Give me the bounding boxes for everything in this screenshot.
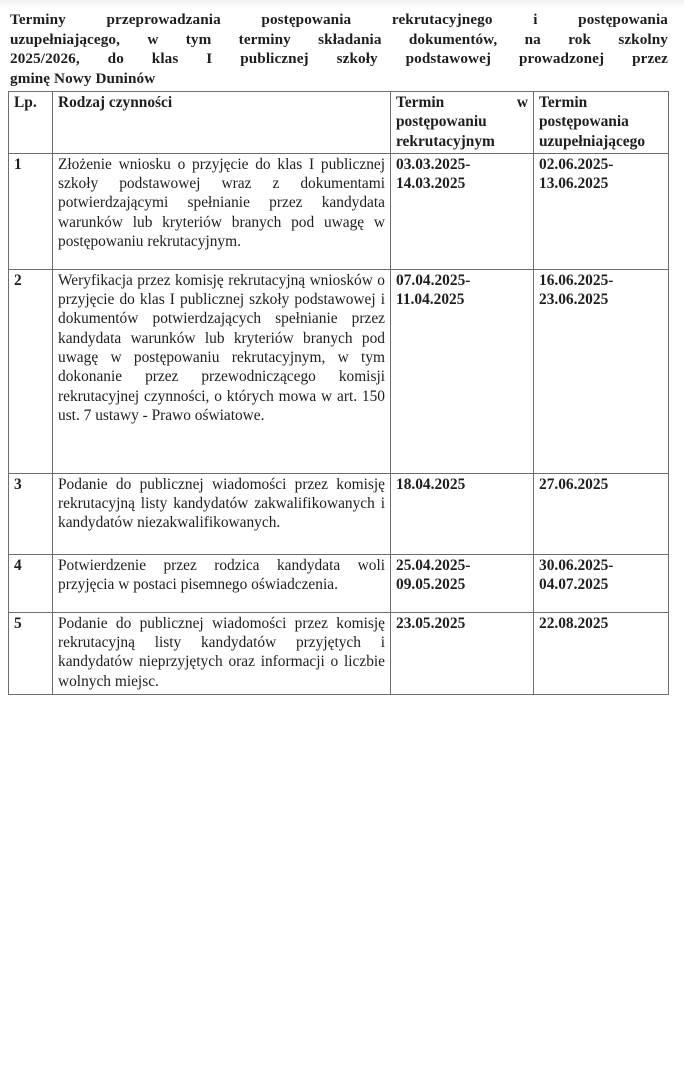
row-number: 3 [9,473,53,554]
header-lp: Lp. [9,92,53,154]
date-from: 03.03.2025- [396,155,528,174]
header-text: w [517,93,528,112]
header-text: postępowaniu [396,112,528,131]
date-to: 14.03.2025 [396,174,528,193]
date-from: 07.04.2025- [396,271,528,290]
document-title: Terminy przeprowadzania postępowania rek… [10,10,668,88]
supplementary-term: 22.08.2025 [534,612,669,694]
supplementary-term: 02.06.2025-13.06.2025 [534,153,669,269]
table-row: 1 Złożenie wniosku o przyjęcie do klas I… [9,153,669,269]
supplementary-term: 27.06.2025 [534,473,669,554]
recruitment-term: 18.04.2025 [391,473,534,554]
recruitment-term: 23.05.2025 [391,612,534,694]
date-to: 11.04.2025 [396,290,528,309]
table-row: 5 Podanie do publicznej wiadomości przez… [9,612,669,694]
row-number: 1 [9,153,53,269]
row-number: 5 [9,612,53,694]
date-from: 23.05.2025 [396,614,528,633]
table-header-row: Lp. Rodzaj czynności Terminw postępowani… [9,92,669,154]
header-text: Termin [396,93,444,112]
table-row: 4 Potwierdzenie przez rodzica kandydata … [9,554,669,612]
date-from: 18.04.2025 [396,475,528,494]
date-to: 09.05.2025 [396,575,528,594]
header-text: Termin [539,93,663,112]
activity-description: Podanie do publicznej wiadomości przez k… [53,612,391,694]
date-to: 04.07.2025 [539,575,663,594]
date-from: 02.06.2025- [539,155,663,174]
activity-description: Weryfikacja przez komisję rekrutacyjną w… [53,269,391,473]
recruitment-term: 07.04.2025-11.04.2025 [391,269,534,473]
title-line: 2025/2026, do klas I publicznej szkoły p… [10,49,668,69]
schedule-table: Lp. Rodzaj czynności Terminw postępowani… [8,91,669,695]
row-number: 4 [9,554,53,612]
supplementary-term: 30.06.2025-04.07.2025 [534,554,669,612]
header-recruitment-term: Terminw postępowaniu rekrutacyjnym [391,92,534,154]
title-line: Terminy przeprowadzania postępowania rek… [10,10,668,30]
recruitment-term: 03.03.2025-14.03.2025 [391,153,534,269]
recruitment-term: 25.04.2025-09.05.2025 [391,554,534,612]
header-text: rekrutacyjnym [396,132,528,151]
title-line: uzupełniającego, w tym terminy składania… [10,30,668,50]
header-text: uzupełniającego [539,132,663,151]
date-from: 25.04.2025- [396,556,528,575]
title-line: gminę Nowy Duninów [10,69,668,89]
date-to: 13.06.2025 [539,174,663,193]
header-text: postępowania [539,112,663,131]
activity-description: Złożenie wniosku o przyjęcie do klas I p… [53,153,391,269]
table-row: 3 Podanie do publicznej wiadomości przez… [9,473,669,554]
date-from: 22.08.2025 [539,614,663,633]
date-to: 23.06.2025 [539,290,663,309]
activity-description: Potwierdzenie przez rodzica kandydata wo… [53,554,391,612]
activity-description: Podanie do publicznej wiadomości przez k… [53,473,391,554]
table-row: 2 Weryfikacja przez komisję rekrutacyjną… [9,269,669,473]
header-supplementary-term: Termin postępowania uzupełniającego [534,92,669,154]
supplementary-term: 16.06.2025-23.06.2025 [534,269,669,473]
date-from: 30.06.2025- [539,556,663,575]
header-activity: Rodzaj czynności [53,92,391,154]
row-number: 2 [9,269,53,473]
page-top-shade [0,0,684,8]
date-from: 27.06.2025 [539,475,663,494]
date-from: 16.06.2025- [539,271,663,290]
